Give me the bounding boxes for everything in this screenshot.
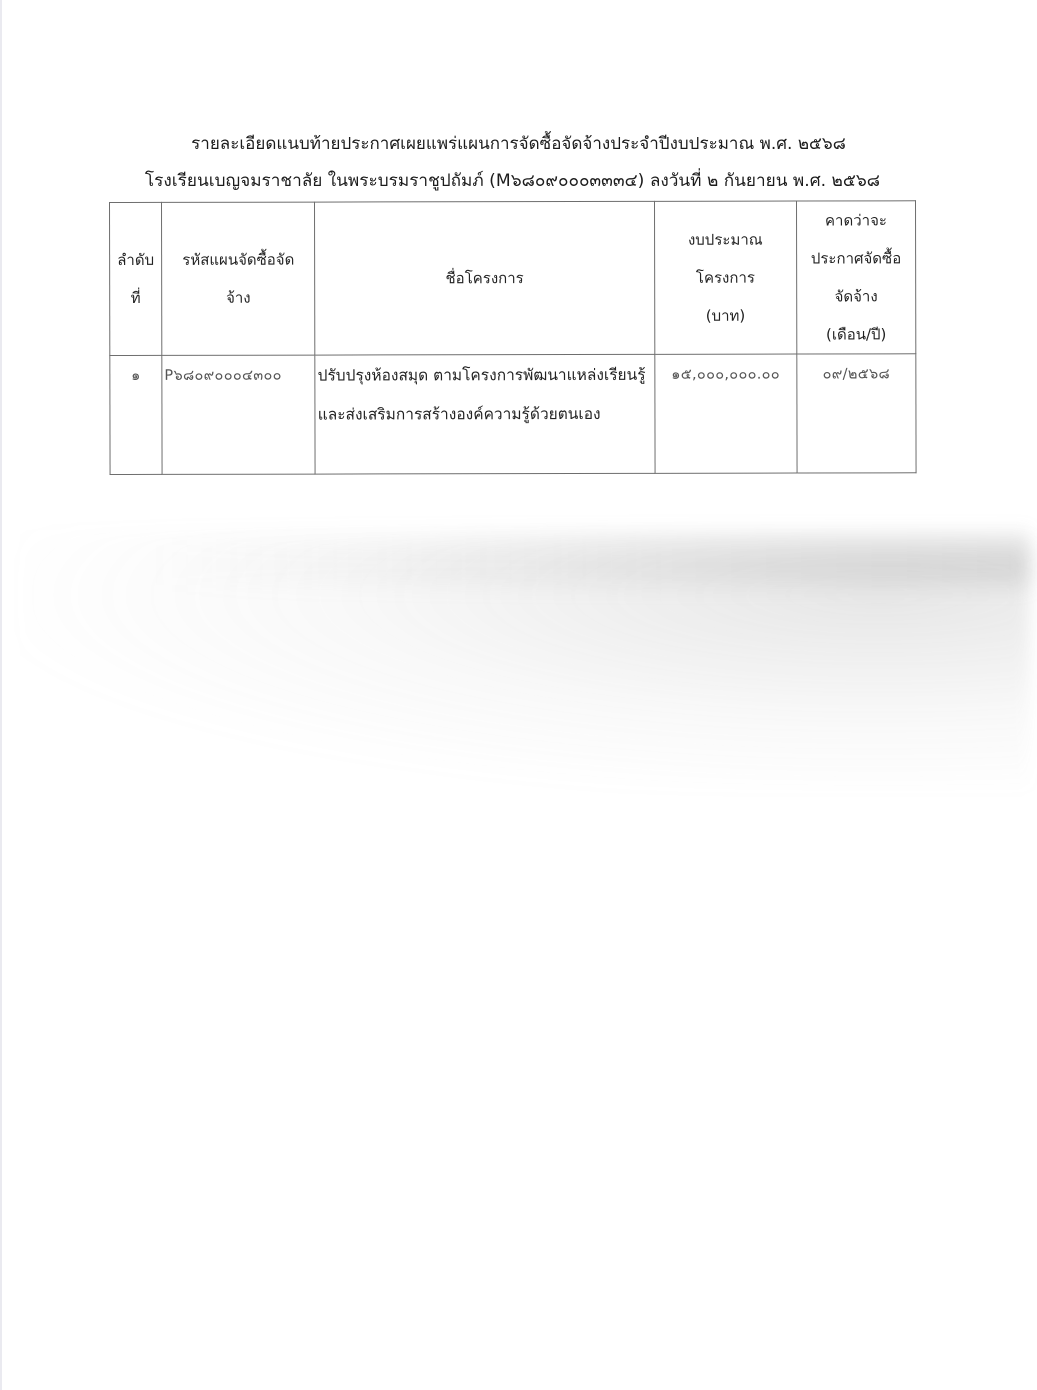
header-line: ที่: [110, 279, 161, 317]
header-line: คาดว่าจะ: [797, 201, 915, 239]
header-expected-date: คาดว่าจะ ประกาศจัดซื้อ จัดจ้าง (เดือน/ปี…: [796, 201, 915, 354]
table-header-row: ลำดับ ที่ รหัสแผนจัดซื้อจัด จ้าง ชื่อโคร…: [110, 201, 916, 356]
cell-order-no: ๑: [110, 355, 162, 474]
header-budget: งบประมาณ โครงการ (บาท): [654, 201, 796, 354]
header-plan-code: รหัสแผนจัดซื้อจัด จ้าง: [162, 202, 316, 355]
header-line: จัดจ้าง: [797, 277, 915, 315]
header-line: (บาท): [655, 297, 796, 335]
header-line: ประกาศจัดซื้อ: [797, 239, 915, 277]
document-subtitle: โรงเรียนเบญจมราชาลัย ในพระบรมราชูปถัมภ์ …: [0, 166, 1031, 194]
header-line: ชื่อโครงการ: [315, 259, 653, 298]
cell-expected-date: ๐๙/๒๕๖๘: [797, 354, 916, 473]
cell-project-name: ปรับปรุงห้องสมุด ตามโครงการพัฒนาแหล่งเรี…: [315, 354, 655, 474]
cell-budget: ๑๕,๐๐๐,๐๐๐.๐๐: [654, 354, 796, 473]
header-line: จ้าง: [162, 279, 314, 317]
header-line: งบประมาณ: [655, 221, 796, 259]
header-order-no: ลำดับ ที่: [110, 202, 162, 355]
header-line: โครงการ: [655, 259, 796, 297]
header-line: รหัสแผนจัดซื้อจัด: [162, 241, 314, 279]
procurement-plan-table: ลำดับ ที่ รหัสแผนจัดซื้อจัด จ้าง ชื่อโคร…: [109, 200, 917, 475]
header-line: (เดือน/ปี): [797, 315, 915, 353]
header-project-name: ชื่อโครงการ: [315, 201, 655, 355]
table-row: ๑ P๖๘๐๙๐๐๐๔๓๐๐ ปรับปรุงห้องสมุด ตามโครงก…: [110, 354, 916, 475]
document-title: รายละเอียดแนบท้ายประกาศเผยแพร่แผนการจัดซ…: [0, 130, 1037, 157]
cell-plan-code: P๖๘๐๙๐๐๐๔๓๐๐: [162, 355, 315, 474]
header-line: ลำดับ: [110, 241, 161, 279]
